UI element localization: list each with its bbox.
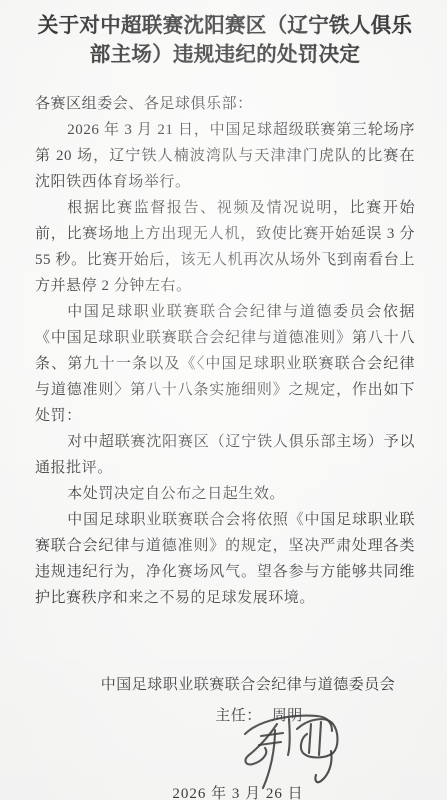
- signer-line: 主任：周明: [35, 704, 415, 725]
- issuing-organization: 中国足球职业联赛联合会纪律与道德委员会: [35, 673, 415, 694]
- paragraph-closing-statement: 中国足球职业联赛联合会将依照《中国足球职业联赛联合会纪律与道德准则》的规定，坚决…: [35, 507, 415, 611]
- paragraph-penalty: 对中超联赛沈阳赛区（辽宁铁人俱乐部主场）予以通报批评。: [35, 429, 415, 481]
- salutation-line: 各赛区组委会、各足球俱乐部：: [35, 91, 415, 117]
- signoff-block: 中国足球职业联赛联合会纪律与道德委员会 主任：周明 2026 年 3 月 26 …: [35, 673, 415, 800]
- document-page: 关于对中超联赛沈阳赛区（辽宁铁人俱乐部主场）违规违纪的处罚决定 各赛区组委会、各…: [0, 0, 447, 800]
- paragraph-legal-basis: 中国足球职业联赛联合会纪律与道德委员会依据《中国足球职业联赛联合会纪律与道德准则…: [35, 299, 415, 429]
- issue-date: 2026 年 3 月 26 日: [35, 782, 415, 800]
- signer-name: 周明: [272, 708, 303, 724]
- document-title: 关于对中超联赛沈阳赛区（辽宁铁人俱乐部主场）违规违纪的处罚决定: [35, 12, 415, 70]
- signer-title-label: 主任：: [215, 708, 262, 724]
- paragraph-incident-description: 根据比赛监督报告、视频及情况说明，比赛开始前，比赛场地上方出现无人机，致使比赛开…: [35, 195, 415, 299]
- paragraph-match-info: 2026 年 3 月 21 日，中国足球超级联赛第三轮场序第 20 场，辽宁铁人…: [35, 117, 415, 195]
- document-body: 各赛区组委会、各足球俱乐部： 2026 年 3 月 21 日，中国足球超级联赛第…: [35, 91, 415, 611]
- paragraph-effective-date: 本处罚决定自公布之日起生效。: [35, 481, 415, 507]
